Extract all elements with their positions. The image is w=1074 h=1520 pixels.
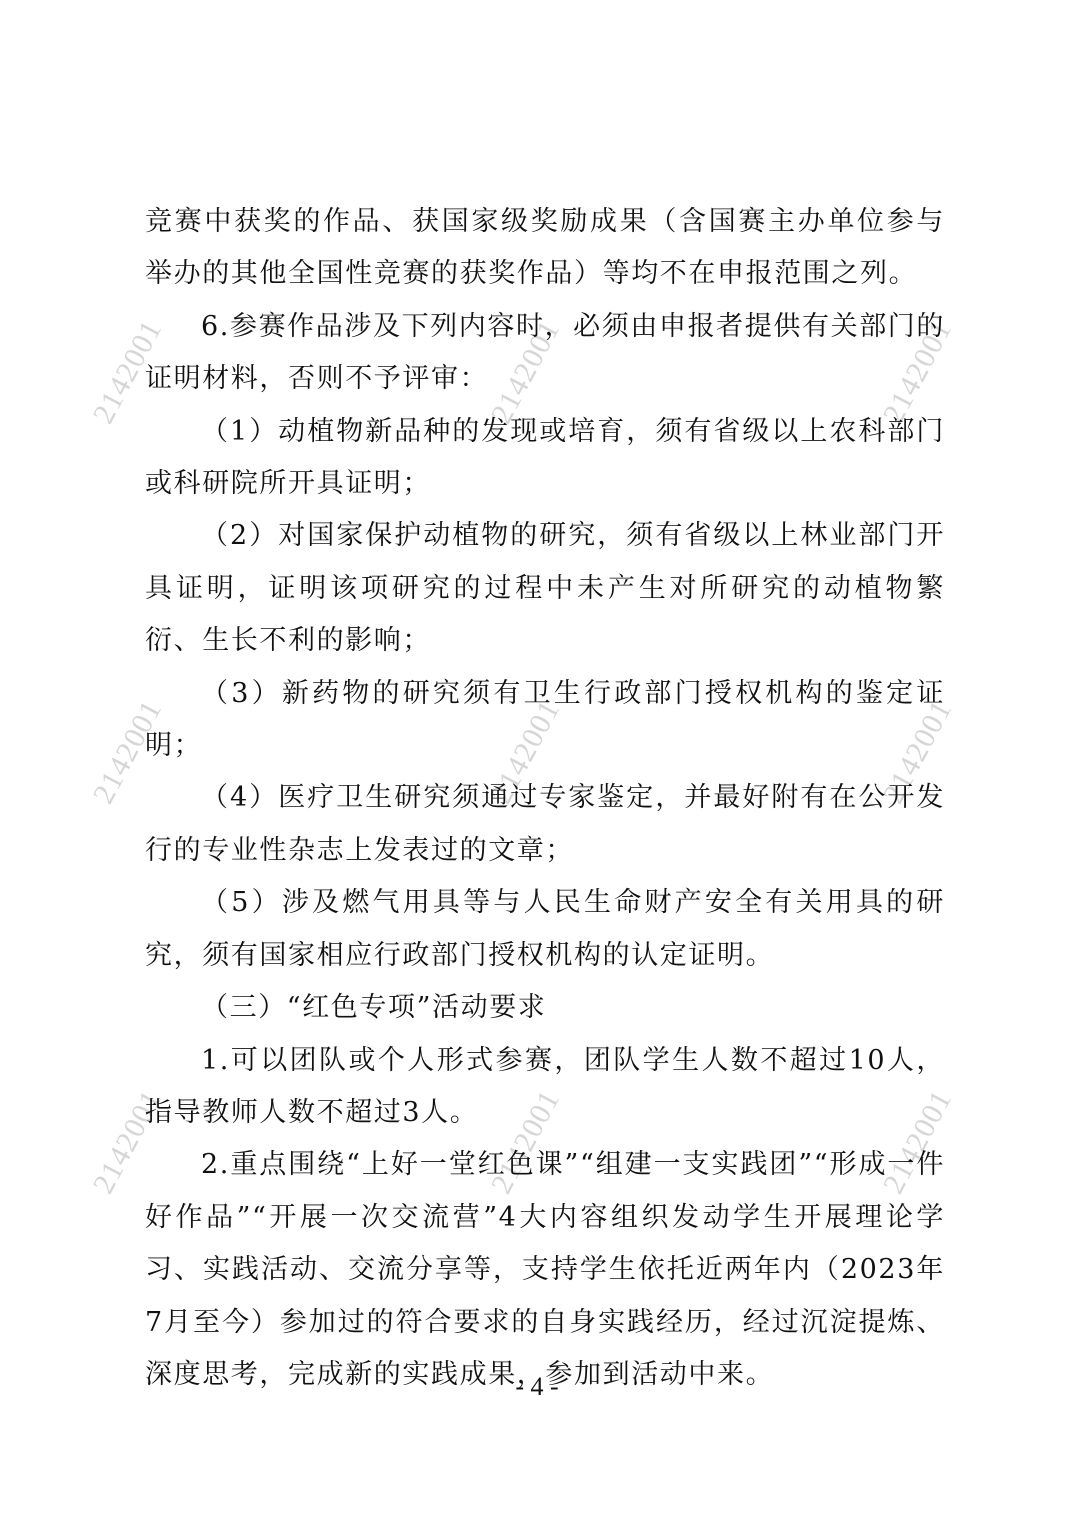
section-heading: （三）“红色专项”活动要求 <box>145 982 945 1034</box>
paragraph: （3）新药物的研究须有卫生行政部门授权机构的鉴定证明； <box>145 668 945 773</box>
paragraph: （4）医疗卫生研究须通过专家鉴定，并最好附有在公开发行的专业性杂志上发表过的文章… <box>145 772 945 877</box>
paragraph: （1）动植物新品种的发现或培育，须有省级以上农科部门或科研院所开具证明； <box>145 406 945 511</box>
document-page: 2142001 2142001 2142001 2142001 2142001 … <box>0 0 1074 1520</box>
paragraph: （2）对国家保护动植物的研究，须有省级以上林业部门开具证明，证明该项研究的过程中… <box>145 510 945 667</box>
paragraph: 2.重点围绕“上好一堂红色课”“组建一支实践团”“形成一件好作品”“开展一次交流… <box>145 1139 945 1401</box>
paragraph: 6.参赛作品涉及下列内容时，必须由申报者提供有关部门的证明材料，否则不予评审： <box>145 301 945 406</box>
paragraph: 1.可以团队或个人形式参赛，团队学生人数不超过10人，指导教师人数不超过3人。 <box>145 1035 945 1140</box>
paragraph: （5）涉及燃气用具等与人民生命财产安全有关用具的研究，须有国家相应行政部门授权机… <box>145 877 945 982</box>
document-body: 竞赛中获奖的作品、获国家级奖励成果（含国赛主办单位参与举办的其他全国性竞赛的获奖… <box>145 196 945 1401</box>
paragraph: 竞赛中获奖的作品、获国家级奖励成果（含国赛主办单位参与举办的其他全国性竞赛的获奖… <box>145 196 945 301</box>
page-number: - 4 - <box>0 1372 1074 1402</box>
